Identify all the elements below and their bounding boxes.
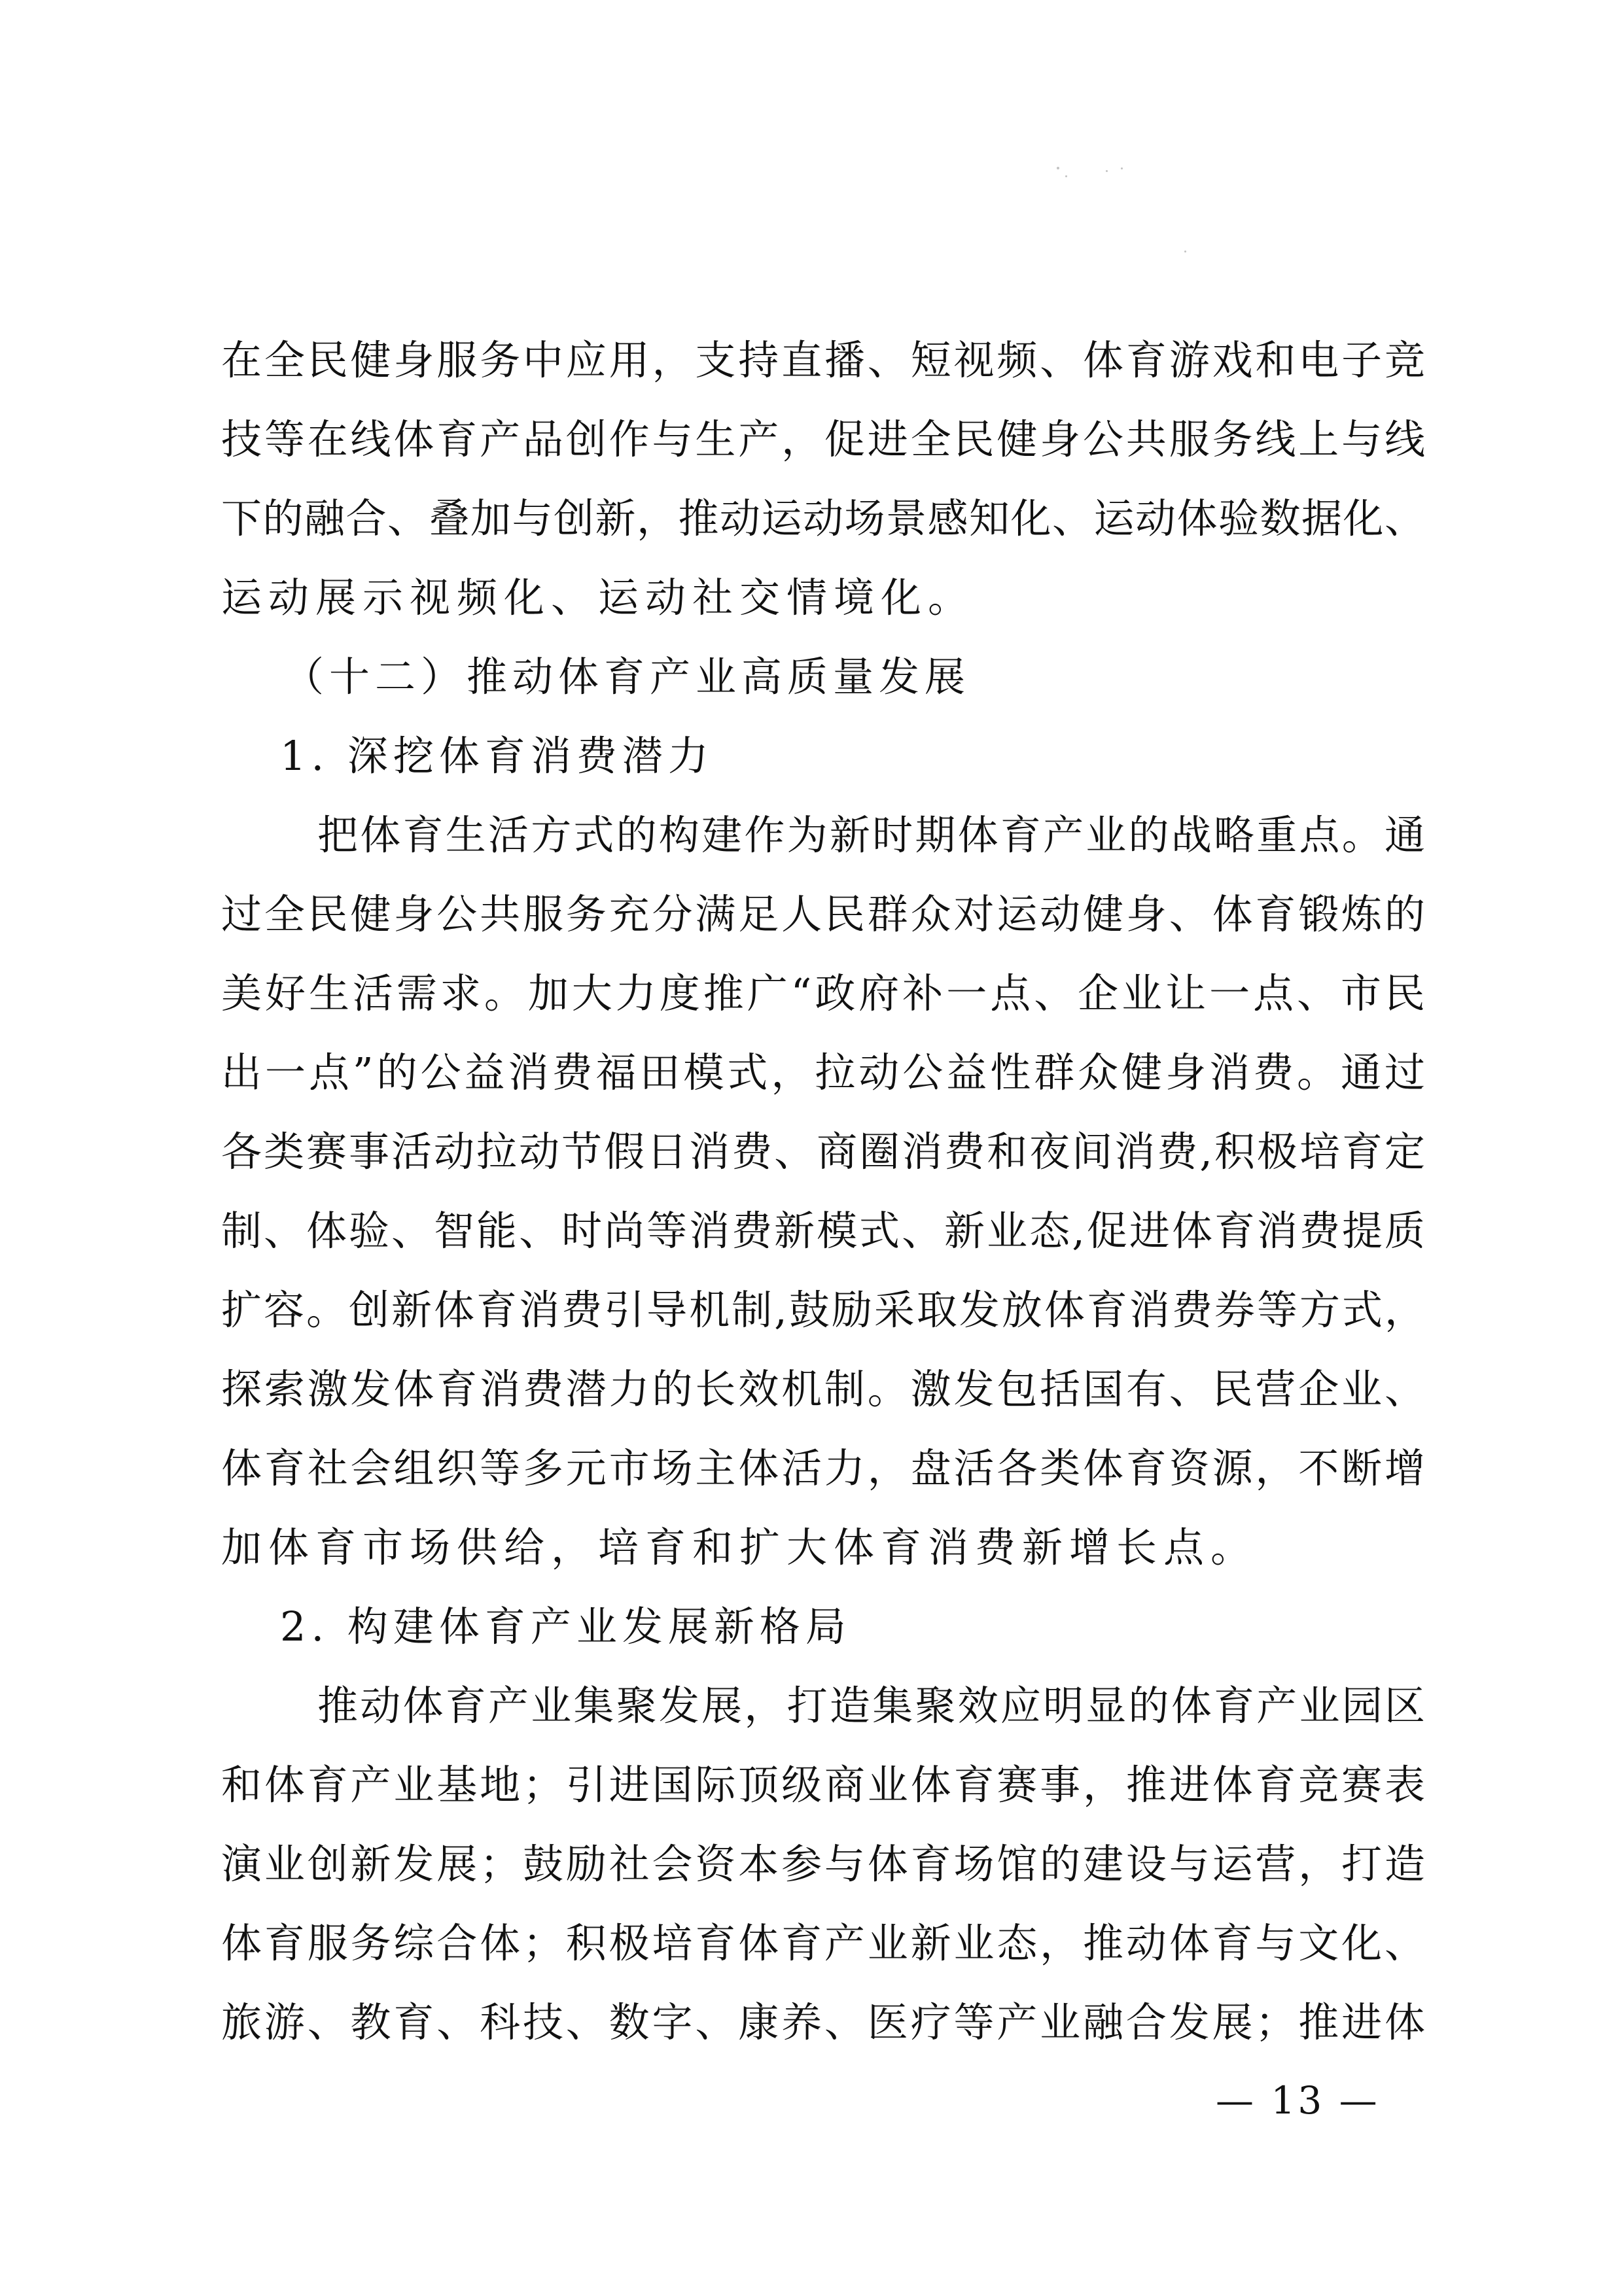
sub-heading-text: 1. 深挖体育消费潜力 [221,716,714,795]
text-line-content: 旅游、教育、科技、数字、康养、医疗等产业融合发展；推进体 [221,1983,1425,2062]
text-line: 技等在线体育产品创作与生产，促进全民健身公共服务线上与线 [221,400,1425,479]
text-line: 运动展示视频化、运动社交情境化。 [221,558,1425,637]
body-text: 在全民健身服务中应用，支持直播、短视频、体育游戏和电子竞 技等在线体育产品创作与… [221,321,1425,2062]
scan-speck [1184,251,1186,252]
scan-speck [1121,167,1123,169]
text-line: 推动体育产业集聚发展，打造集聚效应明显的体育产业园区 [221,1666,1425,1745]
text-line: 下的融合、叠加与创新，推动运动场景感知化、运动体验数据化、 [221,479,1425,558]
text-line: 美好生活需求。加大力度推广“政府补一点、企业让一点、市民 [221,954,1425,1033]
page-number: — 13 — [1216,2078,1380,2123]
text-line-content: 把体育生活方式的构建作为新时期体育产业的战略重点。通 [221,795,1425,875]
text-line: 制、体验、智能、时尚等消费新模式、新业态,促进体育消费提质 [221,1191,1425,1270]
text-line: 扩容。创新体育消费引导机制,鼓励采取发放体育消费券等方式， [221,1270,1425,1349]
text-line-content: 扩容。创新体育消费引导机制,鼓励采取发放体育消费券等方式， [221,1270,1425,1349]
section-heading: （十二）推动体育产业高质量发展 [221,637,1425,716]
text-line: 演业创新发展；鼓励社会资本参与体育场馆的建设与运营，打造 [221,1824,1425,1904]
text-line: 出一点”的公益消费福田模式，拉动公益性群众健身消费。通过 [221,1033,1425,1112]
text-line-content: 制、体验、智能、时尚等消费新模式、新业态,促进体育消费提质 [221,1191,1425,1270]
sub-heading-text: 2. 构建体育产业发展新格局 [221,1587,851,1666]
sub-heading: 1. 深挖体育消费潜力 [221,716,1425,795]
text-line: 把体育生活方式的构建作为新时期体育产业的战略重点。通 [221,795,1425,875]
text-line-content: 过全民健身公共服务充分满足人民群众对运动健身、体育锻炼的 [221,875,1425,954]
document-page: 在全民健身服务中应用，支持直播、短视频、体育游戏和电子竞 技等在线体育产品创作与… [0,0,1624,2296]
text-line-content: 美好生活需求。加大力度推广“政府补一点、企业让一点、市民 [221,954,1425,1033]
text-line-content: 运动展示视频化、运动社交情境化。 [221,558,975,637]
text-line-content: 在全民健身服务中应用，支持直播、短视频、体育游戏和电子竞 [221,321,1425,400]
scan-speck [1065,175,1067,177]
text-line: 体育服务综合体；积极培育体育产业新业态，推动体育与文化、 [221,1904,1425,1983]
text-line-content: 演业创新发展；鼓励社会资本参与体育场馆的建设与运营，打造 [221,1824,1425,1904]
text-line: 体育社会组织等多元市场主体活力，盘活各类体育资源，不断增 [221,1429,1425,1508]
text-line-content: 加体育市场供给，培育和扩大体育消费新增长点。 [221,1508,1258,1587]
text-line-content: 和体育产业基地；引进国际顶级商业体育赛事，推进体育竞赛表 [221,1745,1425,1824]
scan-speck [1057,167,1059,169]
text-line: 加体育市场供给，培育和扩大体育消费新增长点。 [221,1508,1425,1587]
text-line: 探索激发体育消费潜力的长效机制。激发包括国有、民营企业、 [221,1349,1425,1429]
text-line-content: 体育服务综合体；积极培育体育产业新业态，推动体育与文化、 [221,1904,1425,1983]
text-line-content: 各类赛事活动拉动节假日消费、商圈消费和夜间消费,积极培育定 [221,1112,1425,1191]
text-line-content: 体育社会组织等多元市场主体活力，盘活各类体育资源，不断增 [221,1429,1425,1508]
text-line: 在全民健身服务中应用，支持直播、短视频、体育游戏和电子竞 [221,321,1425,400]
text-line-content: 技等在线体育产品创作与生产，促进全民健身公共服务线上与线 [221,400,1425,479]
sub-heading: 2. 构建体育产业发展新格局 [221,1587,1425,1666]
text-line-content: 下的融合、叠加与创新，推动运动场景感知化、运动体验数据化、 [221,479,1425,558]
text-line: 过全民健身公共服务充分满足人民群众对运动健身、体育锻炼的 [221,875,1425,954]
text-line-content: 探索激发体育消费潜力的长效机制。激发包括国有、民营企业、 [221,1349,1425,1429]
text-line: 旅游、教育、科技、数字、康养、医疗等产业融合发展；推进体 [221,1983,1425,2062]
text-line: 各类赛事活动拉动节假日消费、商圈消费和夜间消费,积极培育定 [221,1112,1425,1191]
scan-speck [1106,170,1108,172]
section-heading-text: （十二）推动体育产业高质量发展 [221,637,970,716]
text-line-content: 推动体育产业集聚发展，打造集聚效应明显的体育产业园区 [221,1666,1425,1745]
text-line: 和体育产业基地；引进国际顶级商业体育赛事，推进体育竞赛表 [221,1745,1425,1824]
text-line-content: 出一点”的公益消费福田模式，拉动公益性群众健身消费。通过 [221,1033,1425,1112]
